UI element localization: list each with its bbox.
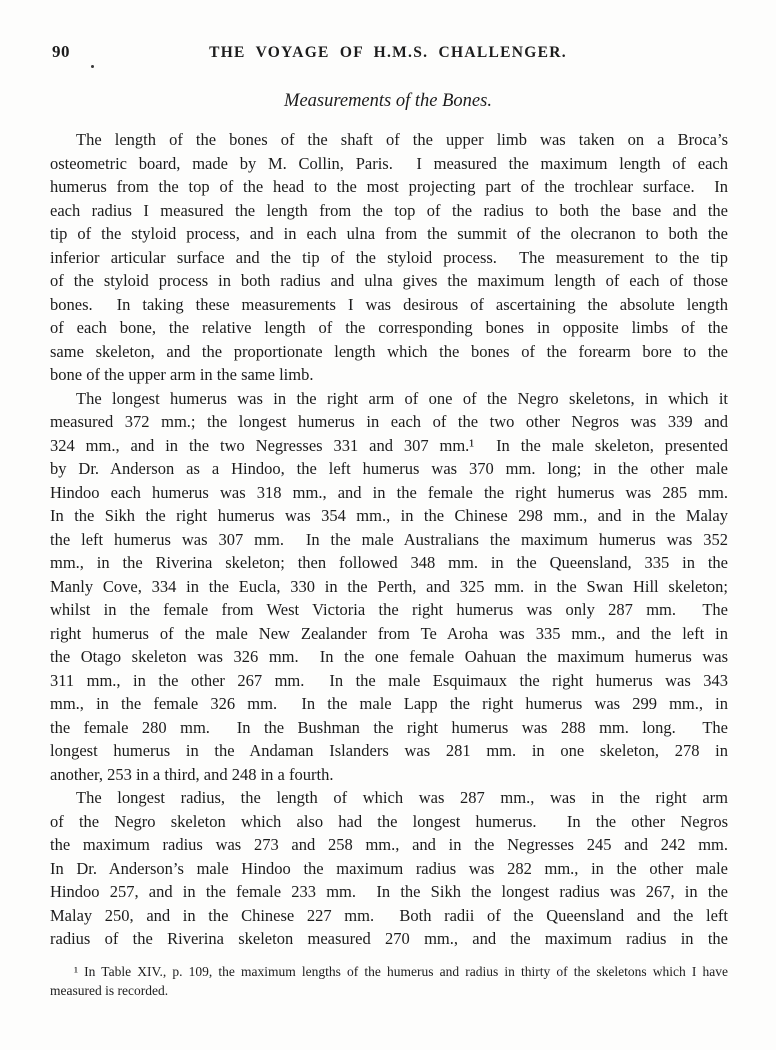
section-title: Measurements of the Bones. [0,91,776,112]
text-line: each radius I measured the length from t… [50,199,728,223]
text-line: The longest radius, the length of which … [50,786,728,810]
text-line: radius of the Riverina skeleton measured… [50,927,728,951]
text-line: Hindoo 257, and in the female 233 mm. In… [50,880,728,904]
text-line: right humerus of the male New Zealander … [50,622,728,646]
ink-speck [91,65,94,68]
text-line: bones. In taking these measurements I wa… [50,293,728,317]
text-line: In Dr. Anderson’s male Hindoo the maximu… [50,857,728,881]
text-line: measured 372 mm.; the longest humerus in… [50,410,728,434]
text-line: mm., in the female 326 mm. In the male L… [50,692,728,716]
text-line: osteometric board, made by M. Collin, Pa… [50,152,728,176]
paragraph: ¹ In Table XIV., p. 109, the maximum len… [50,962,728,1000]
paragraph: The longest humerus was in the right arm… [50,387,728,787]
text-line: 324 mm., and in the two Negresses 331 an… [50,434,728,458]
text-line: The length of the bones of the shaft of … [50,128,728,152]
text-line: bone of the upper arm in the same limb. [50,363,728,387]
text-line: The longest humerus was in the right arm… [50,387,728,411]
footnote: ¹ In Table XIV., p. 109, the maximum len… [50,962,728,1000]
book-page: 90 THE VOYAGE OF H.M.S. CHALLENGER. Meas… [0,0,776,1050]
paragraph: The longest radius, the length of which … [50,786,728,951]
body-text: The length of the bones of the shaft of … [50,128,728,951]
text-line: of the styloid process in both radius an… [50,269,728,293]
text-line: of the Negro skeleton which also had the… [50,810,728,834]
text-line: 311 mm., in the other 267 mm. In the mal… [50,669,728,693]
text-line: mm., in the Riverina skeleton; then foll… [50,551,728,575]
text-line: same skeleton, and the proportionate len… [50,340,728,364]
text-line: the maximum radius was 273 and 258 mm., … [50,833,728,857]
text-line: the left humerus was 307 mm. In the male… [50,528,728,552]
paragraph: The length of the bones of the shaft of … [50,128,728,387]
text-line: ¹ In Table XIV., p. 109, the maximum len… [50,962,728,981]
text-line: In the Sikh the right humerus was 354 mm… [50,504,728,528]
text-line: humerus from the top of the head to the … [50,175,728,199]
text-line: of each bone, the relative length of the… [50,316,728,340]
text-line: Hindoo each humerus was 318 mm., and in … [50,481,728,505]
text-line: another, 253 in a third, and 248 in a fo… [50,763,728,787]
text-line: Malay 250, and in the Chinese 227 mm. Bo… [50,904,728,928]
running-head: THE VOYAGE OF H.M.S. CHALLENGER. [0,44,776,62]
text-line: inferior articular surface and the tip o… [50,246,728,270]
text-line: whilst in the female from West Victoria … [50,598,728,622]
text-line: the female 280 mm. In the Bushman the ri… [50,716,728,740]
text-line: by Dr. Anderson as a Hindoo, the left hu… [50,457,728,481]
text-line: Manly Cove, 334 in the Eucla, 330 in the… [50,575,728,599]
text-line: measured is recorded. [50,981,728,1000]
text-line: longest humerus in the Andaman Islanders… [50,739,728,763]
text-line: tip of the styloid process, and in each … [50,222,728,246]
text-line: the Otago skeleton was 326 mm. In the on… [50,645,728,669]
